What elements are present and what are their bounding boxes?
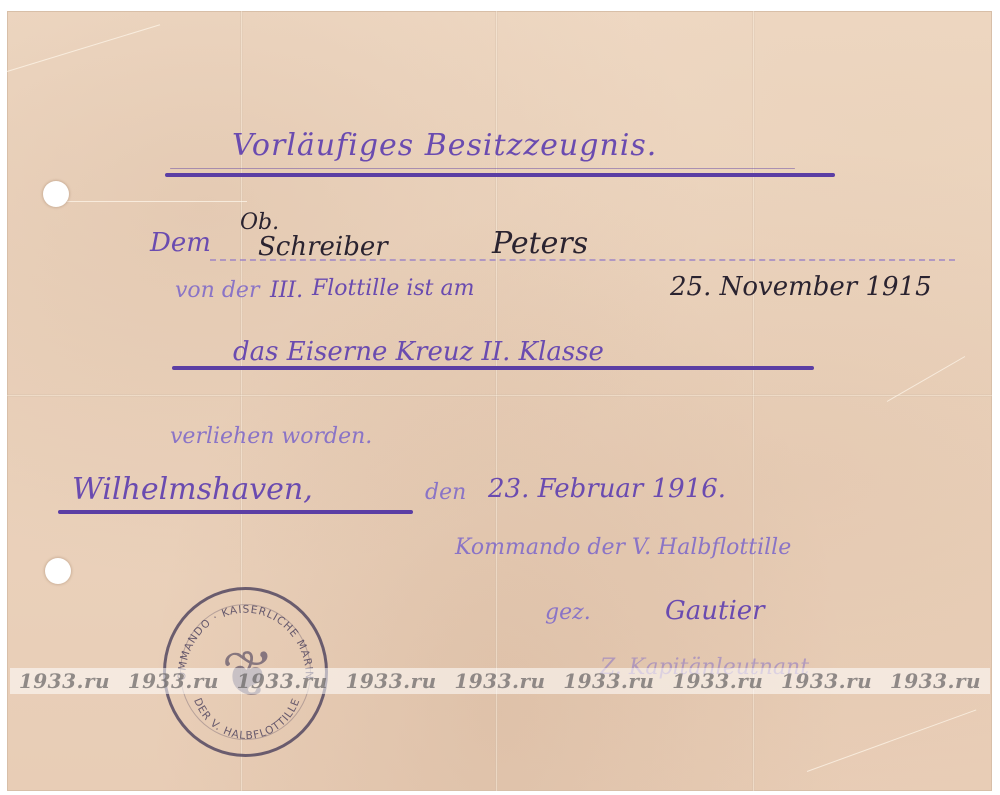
unit-prefix: von der (175, 278, 259, 303)
watermark-text: 1933.ru (454, 669, 545, 693)
watermark-text: 1933.ru (672, 669, 763, 693)
award-date: 25. November 1915 (670, 272, 932, 302)
recipient-name: Peters (492, 226, 588, 261)
date-connector: den (425, 480, 466, 505)
place: Wilhelmshaven, (72, 472, 313, 507)
watermark-text: 1933.ru (237, 669, 328, 693)
watermark-text: 1933.ru (128, 669, 219, 693)
watermark-text: 1933.ru (890, 669, 981, 693)
watermark-text: 1933.ru (563, 669, 654, 693)
title-underline (165, 173, 835, 177)
punch-hole (43, 181, 69, 207)
paper-crease (67, 201, 247, 202)
title-underline-thin (170, 168, 795, 169)
command-name: Kommando der V. Halbflottille (455, 535, 791, 560)
watermark-text: 1933.ru (19, 669, 110, 693)
award-name: das Eiserne Kreuz II. Klasse (233, 337, 604, 367)
conferred-text: verliehen worden. (170, 424, 372, 449)
award-underline (172, 366, 814, 370)
fold-line-horizontal (7, 394, 992, 397)
watermark-text: 1933.ru (345, 669, 436, 693)
watermark-band: 1933.ru1933.ru1933.ru1933.ru1933.ru1933.… (10, 668, 990, 694)
rank: Schreiber (258, 232, 388, 262)
unit-numeral: III. (270, 278, 303, 303)
unit-name: Flottille ist am (312, 276, 475, 301)
recipient-prefix: Dem (150, 228, 211, 258)
issue-date: 23. Februar 1916. (488, 474, 726, 504)
line1-dashed-rule (210, 259, 955, 261)
punch-hole (45, 558, 71, 584)
place-underline (58, 510, 413, 514)
signer-name: Gautier (665, 596, 765, 626)
document-title: Vorläufiges Besitzzeugnis. (232, 128, 657, 163)
paper-crease (7, 24, 160, 72)
signed-abbrev: gez. (545, 600, 591, 625)
paper-crease (807, 709, 976, 772)
watermark-text: 1933.ru (781, 669, 872, 693)
